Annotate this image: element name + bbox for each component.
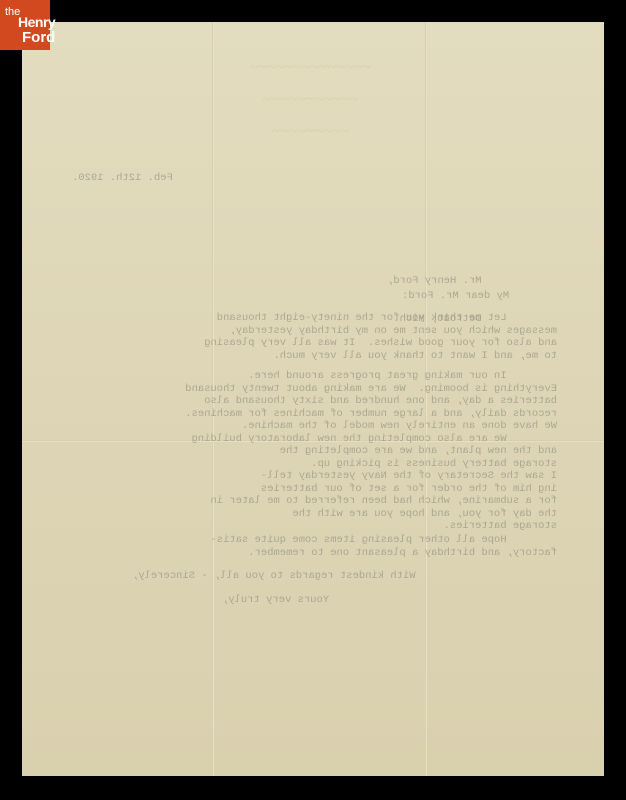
signoff: Yours very truly, [222,594,329,607]
closing-paragraph: Hope all other pleasing items come quite… [97,534,557,559]
logo-ford: Ford [22,29,55,46]
henry-ford-logo: the Henry Ford [0,0,50,50]
paragraph-1: Let me thank you for the ninety-eight th… [97,312,557,362]
regards-line: With kindest regards to you all, - Since… [132,570,416,583]
paragraph-2: In our making great progress around here… [97,370,557,533]
logo-henry: Henry [18,14,55,30]
embossed-letterhead: ~~~~~~~~~~~~~~ ~~~~~~~~~~~ ~~~~~~~~~ [210,52,410,172]
letter-date: Feb. 12th. 1920. [72,172,372,185]
letter-paper: ~~~~~~~~~~~~~~ ~~~~~~~~~~~ ~~~~~~~~~ Feb… [22,22,604,776]
salutation: My dear Mr. Ford: [402,290,509,303]
